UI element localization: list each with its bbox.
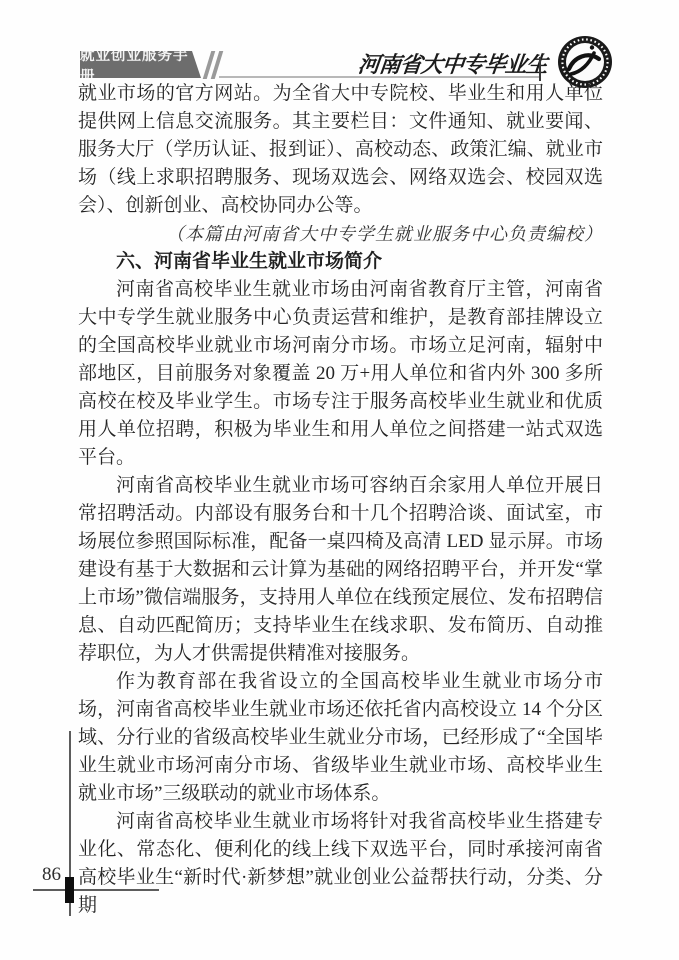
masthead-tick-divider <box>539 57 541 81</box>
page-number: 86 <box>42 864 61 886</box>
paragraph-market-facilities: 河南省高校毕业生就业市场可容纳百余家用人单位开展日常招聘活动。内部设有服务台和十… <box>78 472 603 668</box>
paragraph-market-overview: 河南省高校毕业生就业市场由河南省教育厅主管，河南省大中专学生就业服务中心负责运营… <box>78 276 603 472</box>
paragraph-market-network: 作为教育部在我省设立的全国高校毕业生就业市场分市场，河南省高校毕业生就业市场还依… <box>78 668 603 808</box>
paragraph-website-intro: 就业市场的官方网站。为全省大中专院校、毕业生和用人单位提供网上信息交流服务。其主… <box>78 80 603 220</box>
paragraph-market-future: 河南省高校毕业生就业市场将针对我省高校毕业生搭建专业化、常态化、便利化的线上线下… <box>78 808 603 920</box>
section-heading: 六、河南省毕业生就业市场简介 <box>78 248 603 276</box>
body-text-block: 就业市场的官方网站。为全省大中专院校、毕业生和用人单位提供网上信息交流服务。其主… <box>78 80 603 920</box>
header-badge: 就业创业服务手册 <box>80 51 201 78</box>
document-page: 就业创业服务手册 河南省大中专毕业生 就业市场的官方网站。为全省大中专院校、毕业… <box>0 0 679 960</box>
masthead-title: 河南省大中专毕业生 <box>357 52 538 78</box>
margin-horizontal-rule <box>33 889 159 891</box>
attribution-line: （本篇由河南省大中专学生就业服务中心负责编校） <box>78 220 603 248</box>
page-number-marker <box>65 877 74 903</box>
